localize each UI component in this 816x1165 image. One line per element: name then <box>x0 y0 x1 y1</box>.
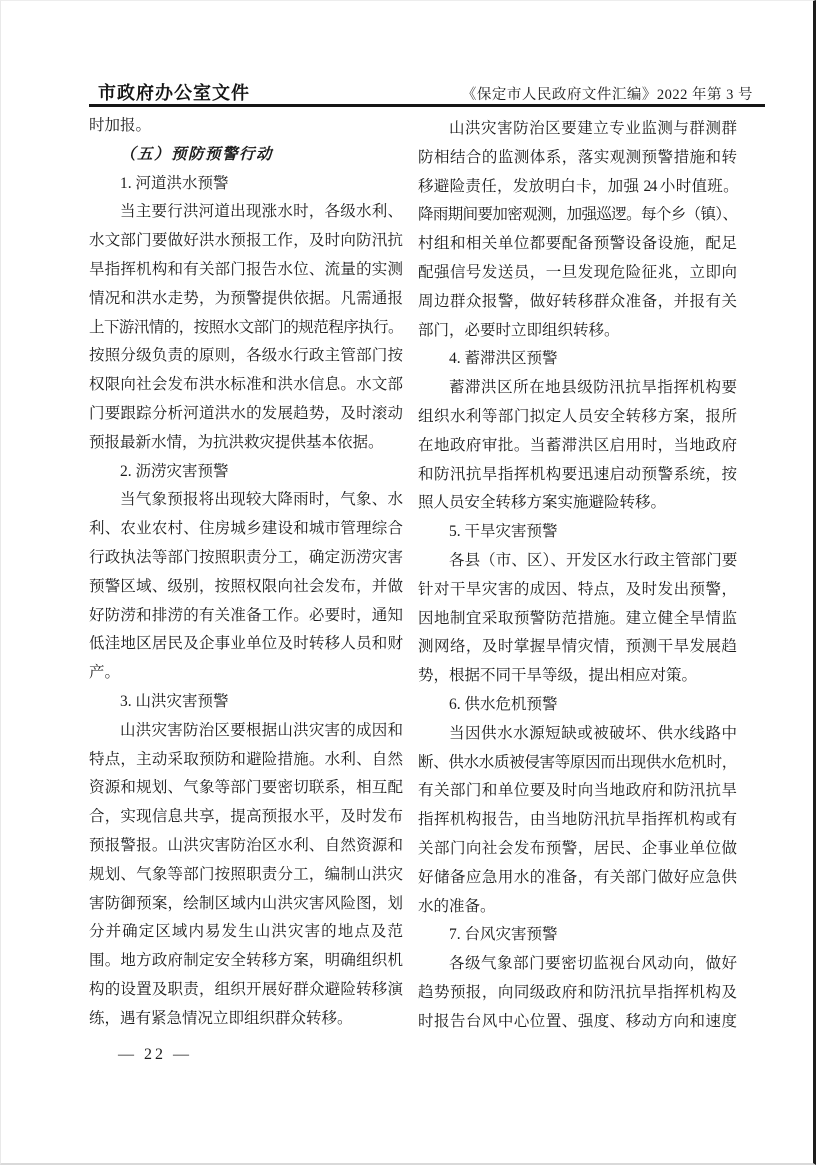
text-line: 低洼地区居民及企事业单位及时转移人员和财 <box>89 630 403 659</box>
text-line: 情况和洪水走势，为预警提供依据。凡需通报 <box>89 285 403 314</box>
section-heading-line: 7. 台风灾害预警 <box>418 921 737 950</box>
text-line: 预警区域、级别，按照权限向社会发布，并做 <box>89 573 403 602</box>
text-line: 防相结合的监测体系，落实观测预警措施和转 <box>418 144 737 173</box>
text-line: 配强信号发送员，一旦发现危险征兆，立即向 <box>418 259 737 288</box>
text-line: 组织水利等部门拟定人员安全转移方案，报所 <box>418 403 737 432</box>
section-heading-line: 6. 供水危机预警 <box>418 691 737 720</box>
text-line: 有关部门和单位要及时向当地政府和防汛抗旱 <box>418 777 737 806</box>
text-line: 各级气象部门要密切监视台风动向，做好 <box>418 950 737 979</box>
text-line: 因地制宜采取预警防范措施。建立健全旱情监 <box>418 605 737 634</box>
text-line: 好防涝和排涝的有关准备工作。必要时，通知 <box>89 602 403 631</box>
section-heading-line: 1. 河道洪水预警 <box>89 170 403 199</box>
text-line: 各县（市、区）、开发区水行政主管部门要 <box>418 547 737 576</box>
text-line: 资源和规划、气象等部门要密切联系，相互配 <box>89 774 403 803</box>
text-line: 照人员安全转移方案实施避险转移。 <box>418 489 737 518</box>
text-line: 时加报。 <box>89 112 403 141</box>
text-line: 关部门向社会发布预警，居民、企事业单位做 <box>418 835 737 864</box>
text-line: 特点，主动采取预防和避险措施。水利、自然 <box>89 746 403 775</box>
text-line: 预报最新水情，为抗洪救灾提供基本依据。 <box>89 429 403 458</box>
header-rule <box>89 104 765 107</box>
text-line: 村组和相关单位都要配备预警设备设施，配足 <box>418 230 737 259</box>
text-line: 断、供水水质被侵害等原因而出现供水危机时， <box>418 749 737 778</box>
text-line: 好储备应急用水的准备，有关部门做好应急供 <box>418 864 737 893</box>
section-heading-line: （五）预防预警行动 <box>89 141 403 170</box>
text-line: 蓄滞洪区所在地县级防汛抗旱指挥机构要 <box>418 374 737 403</box>
text-line: 势，根据不同干旱等级，提出相应对策。 <box>418 662 737 691</box>
page-number: — 22 — <box>118 1046 192 1064</box>
text-line: 合，实现信息共享，提高预报水平，及时发布 <box>89 803 403 832</box>
text-line: 当气象预报将出现较大降雨时，气象、水 <box>89 486 403 515</box>
text-line: 水文部门要做好洪水预报工作，及时向防汛抗 <box>89 227 403 256</box>
text-line: 当主要行洪河道出现涨水时，各级水利、 <box>89 198 403 227</box>
text-line: 水的准备。 <box>418 893 737 922</box>
text-line: 权限向社会发布洪水标准和洪水信息。水文部 <box>89 371 403 400</box>
document-page: 市政府办公室文件 《保定市人民政府文件汇编》2022 年第 3 号 时加报。（五… <box>0 0 816 1165</box>
text-line: 练，遇有紧急情况立即组织群众转移。 <box>89 1005 403 1034</box>
header-left-title: 市政府办公室文件 <box>98 79 250 105</box>
text-line: 针对干旱灾害的成因、特点，及时发出预警， <box>418 576 737 605</box>
text-line: 规划、气象等部门按照职责分工，编制山洪灾 <box>89 861 403 890</box>
text-line: 降雨期间要加密观测，加强巡逻。每个乡（镇）、 <box>418 201 737 230</box>
text-line: 按照分级负责的原则，各级水行政主管部门按 <box>89 342 403 371</box>
section-heading-line: 2. 沥涝灾害预警 <box>89 458 403 487</box>
text-line: 趋势预报，向同级政府和防汛抗旱指挥机构及 <box>418 979 737 1008</box>
text-line: 当因供水水源短缺或被破坏、供水线路中 <box>418 720 737 749</box>
section-heading-line: 4. 蓄滞洪区预警 <box>418 345 737 374</box>
section-heading-line: 3. 山洪灾害预警 <box>89 688 403 717</box>
right-column: 山洪灾害防治区要建立专业监测与群测群防相结合的监测体系，落实观测预警措施和转移避… <box>418 115 737 1037</box>
left-column: 时加报。（五）预防预警行动1. 河道洪水预警当主要行洪河道出现涨水时，各级水利、… <box>89 112 403 1034</box>
text-line: 山洪灾害防治区要根据山洪灾害的成因和 <box>89 717 403 746</box>
text-line: 利、农业农村、住房城乡建设和城市管理综合 <box>89 515 403 544</box>
section-heading-line: 5. 干旱灾害预警 <box>418 518 737 547</box>
text-line: 预报警报。山洪灾害防治区水利、自然资源和 <box>89 832 403 861</box>
header-right-title: 《保定市人民政府文件汇编》2022 年第 3 号 <box>462 83 753 104</box>
text-line: 移避险责任，发放明白卡，加强 24 小时值班。 <box>418 173 737 202</box>
text-line: 门要跟踪分析河道洪水的发展趋势，及时滚动 <box>89 400 403 429</box>
text-line: 分并确定区域内易发生山洪灾害的地点及范 <box>89 918 403 947</box>
text-line: 和防汛抗旱指挥机构要迅速启动预警系统，按 <box>418 461 737 490</box>
text-line: 部门，必要时立即组织转移。 <box>418 317 737 346</box>
text-line: 产。 <box>89 659 403 688</box>
text-line: 指挥机构报告，由当地防汛抗旱指挥机构或有 <box>418 806 737 835</box>
text-line: 害防御预案，绘制区域内山洪灾害风险图，划 <box>89 890 403 919</box>
text-line: 周边群众报警，做好转移群众准备，并报有关 <box>418 288 737 317</box>
text-line: 构的设置及职责，组织开展好群众避险转移演 <box>89 976 403 1005</box>
text-line: 围。地方政府制定安全转移方案，明确组织机 <box>89 947 403 976</box>
text-line: 旱指挥机构和有关部门报告水位、流量的实测 <box>89 256 403 285</box>
text-line: 行政执法等部门按照职责分工，确定沥涝灾害 <box>89 544 403 573</box>
text-line: 时报告台风中心位置、强度、移动方向和速度 <box>418 1008 737 1037</box>
text-line: 上下游汛情的，按照水文部门的规范程序执行。 <box>89 314 403 343</box>
text-line: 在地政府审批。当蓄滞洪区启用时，当地政府 <box>418 432 737 461</box>
text-line: 测网络，及时掌握旱情灾情，预测干旱发展趋 <box>418 633 737 662</box>
text-line: 山洪灾害防治区要建立专业监测与群测群 <box>418 115 737 144</box>
